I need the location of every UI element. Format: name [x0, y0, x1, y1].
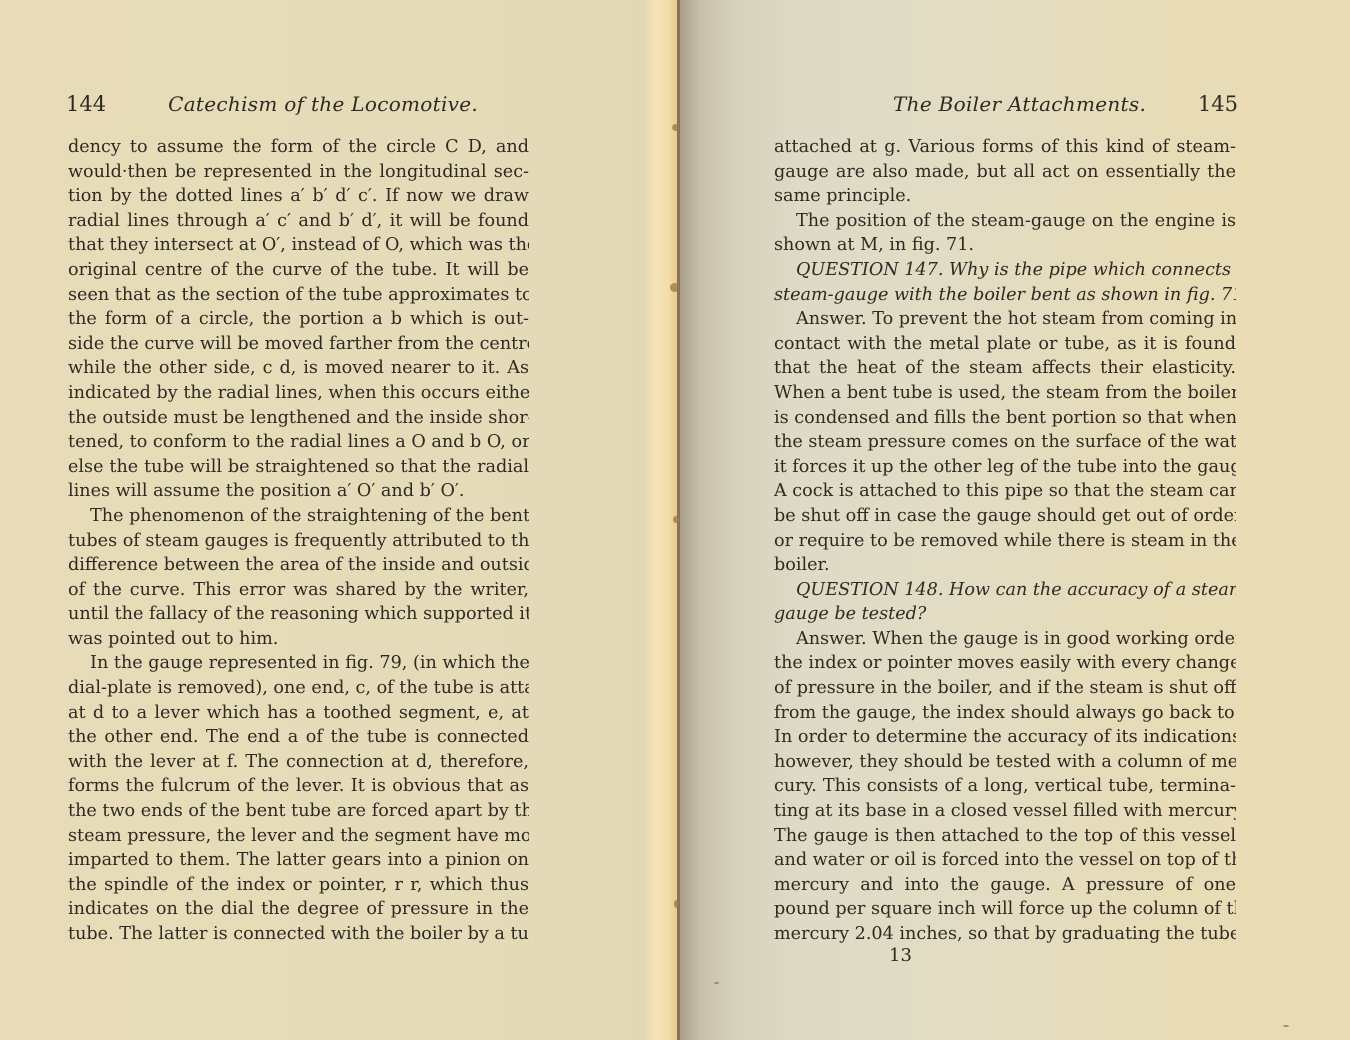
text-line: side the curve will be moved farther fro…: [68, 332, 529, 357]
question-148-cont: gauge be tested?: [774, 602, 1236, 627]
text-line: the two ends of the bent tube are forced…: [68, 799, 529, 824]
question-147: QUESTION 147. Why is the pipe which conn…: [774, 258, 1236, 283]
text-line: would·then be represented in the longitu…: [68, 160, 529, 185]
text-line: lines will assume the position a′ O′ and…: [68, 479, 529, 504]
text-line: pound per square inch will force up the …: [774, 897, 1236, 922]
text-line: of pressure in the boiler, and if the st…: [774, 676, 1236, 701]
paragraph-start: The phenomenon of the straightening of t…: [68, 504, 529, 529]
text-line: tened, to conform to the radial lines a …: [68, 430, 529, 455]
running-head: Catechism of the Locomotive.: [168, 92, 478, 116]
answer-148-start: Answer. When the gauge is in good workin…: [774, 627, 1236, 652]
text-line: attached at g. Various forms of this kin…: [774, 135, 1236, 160]
text-line: tube. The latter is connected with the b…: [68, 922, 529, 947]
text-line: gauge are also made, but all act on esse…: [774, 160, 1236, 185]
text-line: and water or oil is forced into the vess…: [774, 848, 1236, 873]
text-line: tion by the dotted lines a′ b′ d′ c′. If…: [68, 184, 529, 209]
text-line: dency to assume the form of the circle C…: [68, 135, 529, 160]
page-number: 145: [1198, 92, 1238, 116]
gutter-blemish: [674, 900, 679, 908]
left-page-header: 144 Catechism of the Locomotive.: [66, 92, 536, 118]
gutter-blemish: [672, 124, 679, 131]
text-line: it forces it up the other leg of the tub…: [774, 455, 1236, 480]
text-line: dial-plate is removed), one end, c, of t…: [68, 676, 529, 701]
running-head: The Boiler Attachments.: [893, 92, 1146, 116]
text-line: that they intersect at O′, instead of O,…: [68, 233, 529, 258]
text-line: is condensed and fills the bent portion …: [774, 406, 1236, 431]
paper-speck: [1283, 1025, 1289, 1027]
text-line: radial lines through a′ c′ and b′ d′, it…: [68, 209, 529, 234]
text-line: contact with the metal plate or tube, as…: [774, 332, 1236, 357]
page-number: 144: [66, 92, 106, 116]
text-line: the outside must be lengthened and the i…: [68, 406, 529, 431]
text-line: be shut off in case the gauge should get…: [774, 504, 1236, 529]
text-line: while the other side, c d, is moved near…: [68, 356, 529, 381]
text-line: indicates on the dial the degree of pres…: [68, 897, 529, 922]
text-line: from the gauge, the index should always …: [774, 701, 1236, 726]
question-147-cont: steam-gauge with the boiler bent as show…: [774, 283, 1236, 308]
text-line: until the fallacy of the reasoning which…: [68, 602, 529, 627]
book-spread: 144 Catechism of the Locomotive. dency t…: [0, 0, 1350, 1040]
text-line: with the lever at f. The connection at d…: [68, 750, 529, 775]
text-line: imparted to them. The latter gears into …: [68, 848, 529, 873]
signature-mark: 13: [889, 945, 912, 966]
text-line: else the tube will be straightened so th…: [68, 455, 529, 480]
text-line: forms the fulcrum of the lever. It is ob…: [68, 774, 529, 799]
text-line: tubes of steam gauges is frequently attr…: [68, 529, 529, 554]
text-line: that the heat of the steam affects their…: [774, 356, 1236, 381]
paper-speck: [714, 982, 719, 984]
paragraph-start: In the gauge represented in fig. 79, (in…: [68, 651, 529, 676]
text-line: The gauge is then attached to the top of…: [774, 824, 1236, 849]
text-line: or require to be removed while there is …: [774, 529, 1236, 554]
text-line: the spindle of the index or pointer, r r…: [68, 873, 529, 898]
text-line: the steam pressure comes on the surface …: [774, 430, 1236, 455]
text-line: mercury 2.04 inches, so that by graduati…: [774, 922, 1236, 947]
text-line: difference between the area of the insid…: [68, 553, 529, 578]
text-line: In order to determine the accuracy of it…: [774, 725, 1236, 750]
text-line: boiler.: [774, 553, 1236, 578]
text-line: ting at its base in a closed vessel fill…: [774, 799, 1236, 824]
paragraph-start: The position of the steam-gauge on the e…: [774, 209, 1236, 234]
text-line: shown at M, in fig. 71.: [774, 233, 1236, 258]
text-line: seen that as the section of the tube app…: [68, 283, 529, 308]
text-line: same principle.: [774, 184, 1236, 209]
right-page-body: attached at g. Various forms of this kin…: [774, 135, 1236, 947]
text-line: was pointed out to him.: [68, 627, 529, 652]
text-line: steam pressure, the lever and the segmen…: [68, 824, 529, 849]
text-line: at d to a lever which has a toothed segm…: [68, 701, 529, 726]
text-line: A cock is attached to this pipe so that …: [774, 479, 1236, 504]
text-line: of the curve. This error was shared by t…: [68, 578, 529, 603]
left-page-body: dency to assume the form of the circle C…: [68, 135, 529, 947]
text-line: the index or pointer moves easily with e…: [774, 651, 1236, 676]
text-line: indicated by the radial lines, when this…: [68, 381, 529, 406]
answer-147-start: Answer. To prevent the hot steam from co…: [774, 307, 1236, 332]
text-line: however, they should be tested with a co…: [774, 750, 1236, 775]
text-line: When a bent tube is used, the steam from…: [774, 381, 1236, 406]
gutter-blemish: [670, 283, 679, 292]
gutter-blemish: [673, 516, 679, 523]
text-line: cury. This consists of a long, vertical …: [774, 774, 1236, 799]
text-line: original centre of the curve of the tube…: [68, 258, 529, 283]
text-line: the form of a circle, the portion a b wh…: [68, 307, 529, 332]
question-148: QUESTION 148. How can the accuracy of a …: [774, 578, 1236, 603]
right-page-header: The Boiler Attachments. 145: [893, 92, 1238, 118]
text-line: mercury and into the gauge. A pressure o…: [774, 873, 1236, 898]
text-line: the other end. The end a of the tube is …: [68, 725, 529, 750]
